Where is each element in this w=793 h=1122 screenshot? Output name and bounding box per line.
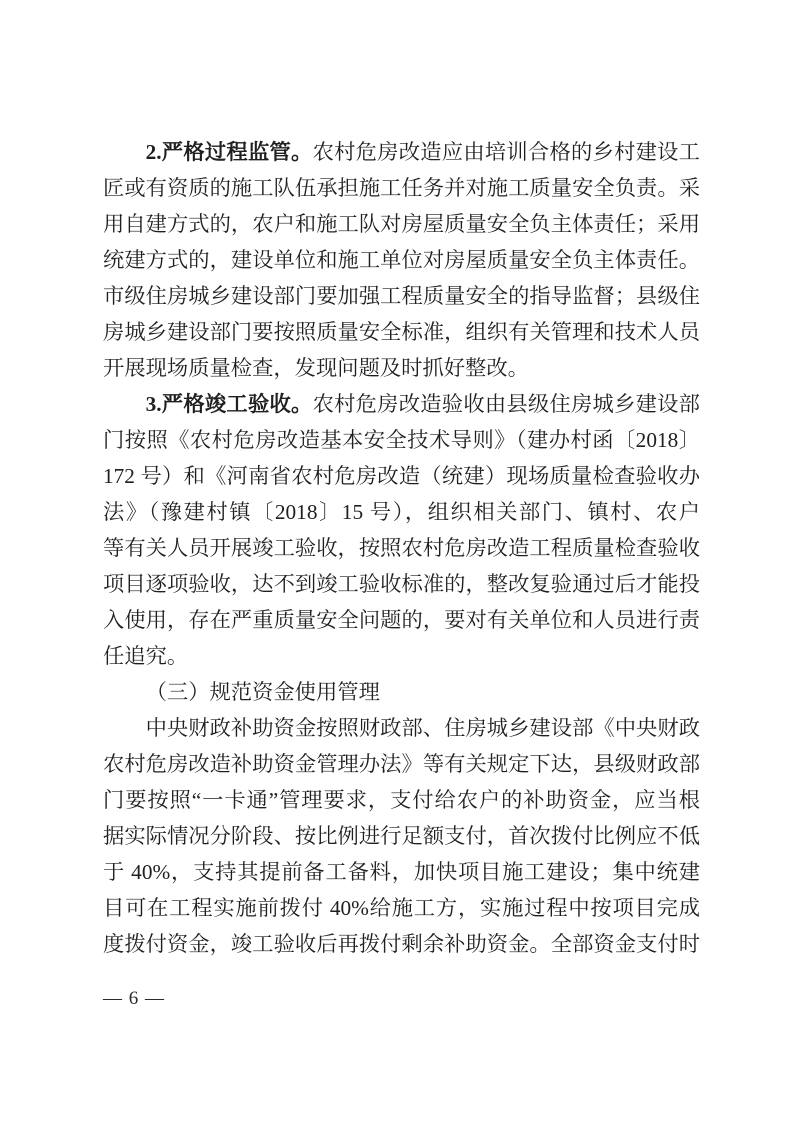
text-line: 于 40%，支持其提前备工备料，加快项目施工建设；集中统建项: [103, 854, 700, 890]
text-line: 任追究。: [103, 638, 700, 674]
bold-heading-run: 3.严格竣工验收。: [146, 392, 313, 416]
text-line: 开展现场质量检查，发现问题及时抓好整改。: [103, 350, 700, 386]
text-line: 门按照《农村危房改造基本安全技术导则》（建办村函〔2018〕: [103, 422, 700, 458]
text-line: 匠或有资质的施工队伍承担施工任务并对施工质量安全负责。采: [103, 170, 700, 206]
text-line: 度拨付资金，竣工验收后再拨付剩余补助资金。全部资金支付时: [103, 926, 700, 962]
text-line: 门要按照“一卡通”管理要求，支付给农户的补助资金，应当根: [103, 782, 700, 818]
text-line: 法》（豫建村镇〔2018〕15 号），组织相关部门、镇村、农户: [103, 494, 700, 530]
text-line: 等有关人员开展竣工验收，按照农村危房改造工程质量检查验收: [103, 530, 700, 566]
text-line: 3.严格竣工验收。农村危房改造验收由县级住房城乡建设部: [103, 386, 700, 422]
text-line: 项目逐项验收，达不到竣工验收标准的，整改复验通过后才能投: [103, 566, 700, 602]
document-page: 2.严格过程监管。农村危房改造应由培训合格的乡村建设工 匠或有资质的施工队伍承担…: [0, 0, 793, 1122]
text-line: 市级住房城乡建设部门要加强工程质量安全的指导监督；县级住: [103, 278, 700, 314]
section-heading-line: （三）规范资金使用管理: [103, 674, 700, 710]
text-line: 入使用，存在严重质量安全问题的，要对有关单位和人员进行责: [103, 602, 700, 638]
section-heading-funds-management: （三）规范资金使用管理: [103, 674, 700, 710]
text-line: 房城乡建设部门要按照质量安全标准，组织有关管理和技术人员: [103, 314, 700, 350]
text-line: 2.严格过程监管。农村危房改造应由培训合格的乡村建设工: [103, 134, 700, 170]
text-line: 用自建方式的，农户和施工队对房屋质量安全负主体责任；采用: [103, 206, 700, 242]
paragraph-process-supervision: 2.严格过程监管。农村危房改造应由培训合格的乡村建设工 匠或有资质的施工队伍承担…: [103, 134, 700, 386]
text-run: 农村危房改造验收由县级住房城乡建设部: [313, 392, 700, 416]
text-line: 中央财政补助资金按照财政部、住房城乡建设部《中央财政: [103, 710, 700, 746]
text-line: 据实际情况分阶段、按比例进行足额支付，首次拨付比例应不低: [103, 818, 700, 854]
text-line: 172 号）和《河南省农村危房改造（统建）现场质量检查验收办: [103, 458, 700, 494]
document-body: 2.严格过程监管。农村危房改造应由培训合格的乡村建设工 匠或有资质的施工队伍承担…: [103, 134, 700, 962]
paragraph-completion-acceptance: 3.严格竣工验收。农村危房改造验收由县级住房城乡建设部 门按照《农村危房改造基本…: [103, 386, 700, 674]
page-number: — 6 —: [103, 988, 165, 1010]
bold-heading-run: 2.严格过程监管。: [146, 140, 313, 164]
text-run: 农村危房改造应由培训合格的乡村建设工: [313, 140, 700, 164]
text-line: 农村危房改造补助资金管理办法》等有关规定下达，县级财政部: [103, 746, 700, 782]
text-line: 目可在工程实施前拨付 40%给施工方，实施过程中按项目完成进: [103, 890, 700, 926]
paragraph-funds-usage: 中央财政补助资金按照财政部、住房城乡建设部《中央财政 农村危房改造补助资金管理办…: [103, 710, 700, 962]
text-line: 统建方式的，建设单位和施工单位对房屋质量安全负主体责任。: [103, 242, 700, 278]
